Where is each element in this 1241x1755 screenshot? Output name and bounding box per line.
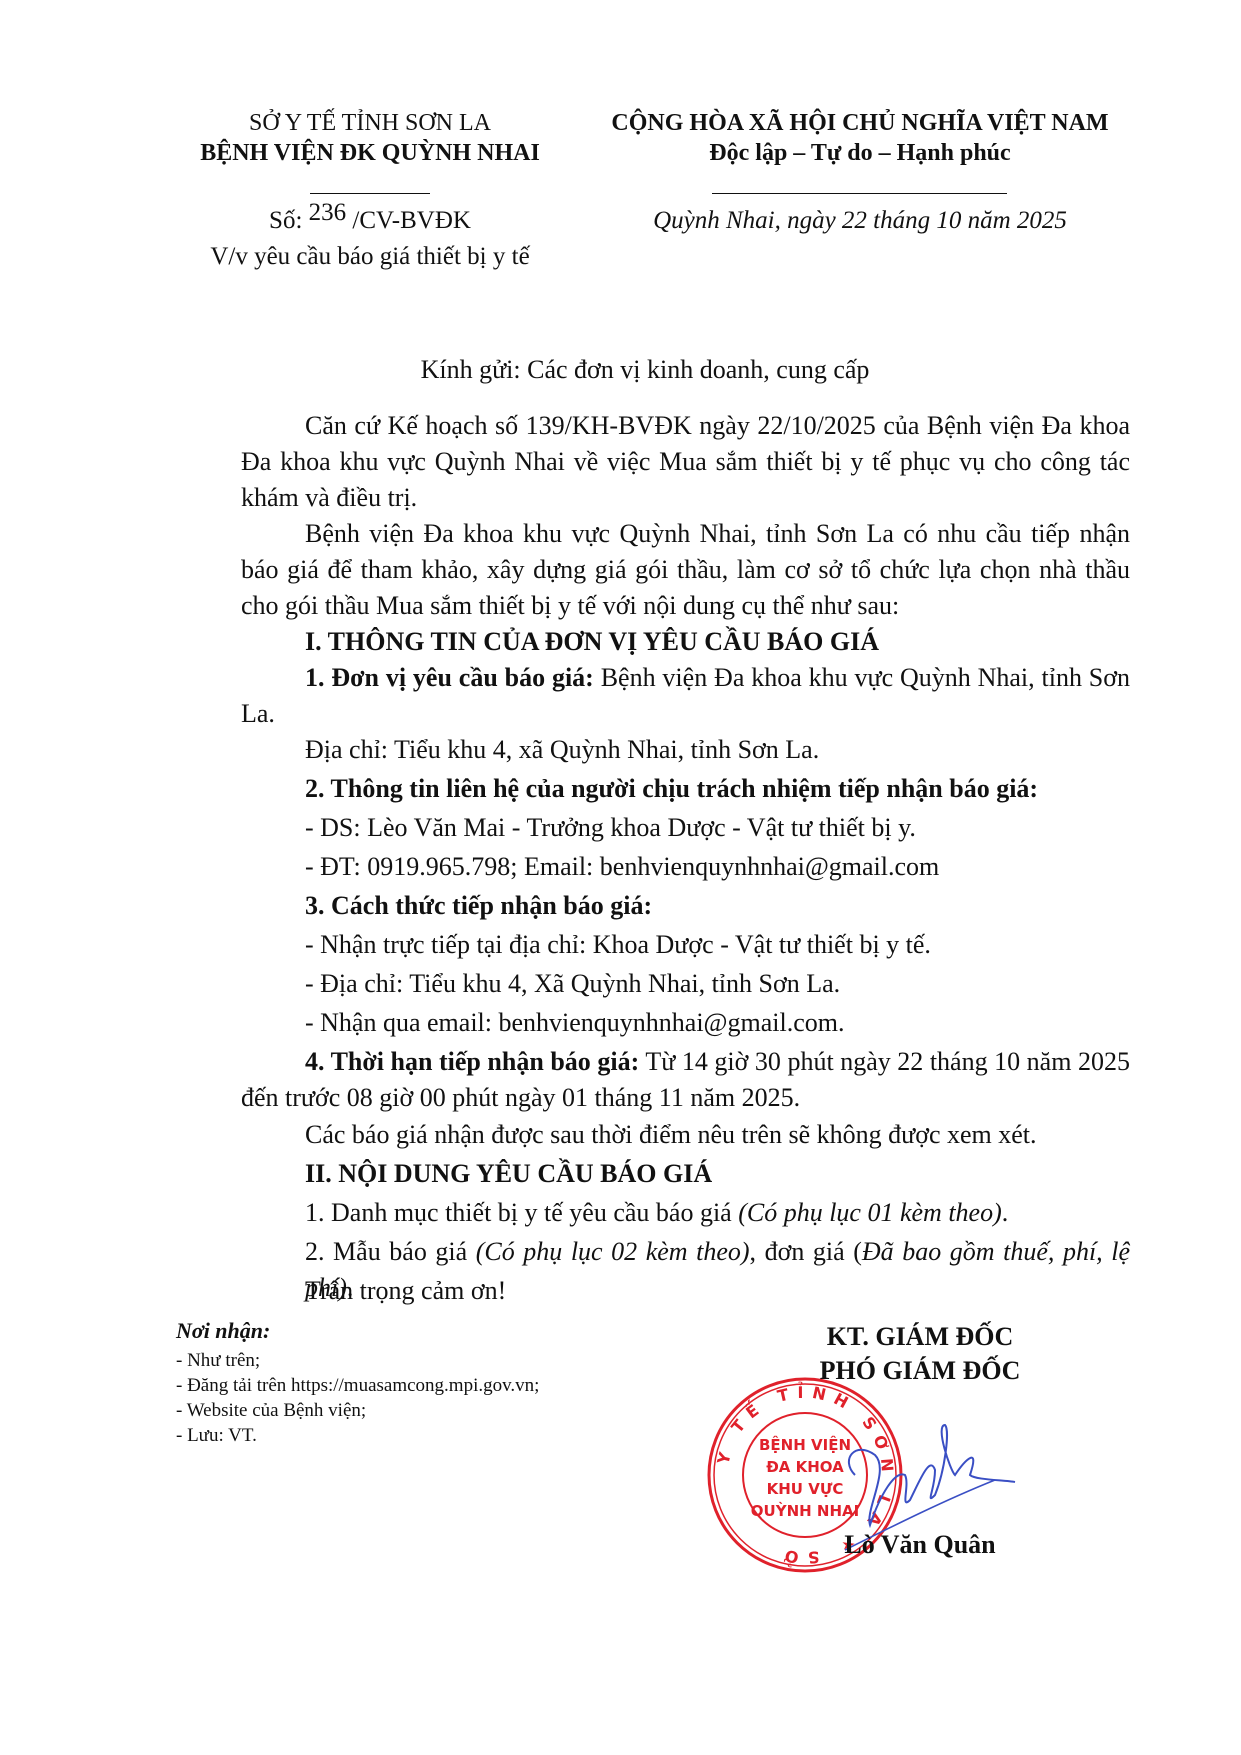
thanks: Trân trọng cảm ơn! (305, 1273, 1130, 1309)
nation-motto: Độc lập – Tự do – Hạnh phúc (590, 140, 1130, 167)
header-left-divider (310, 193, 430, 194)
contact-person: - DS: Lèo Văn Mai - Trưởng khoa Dược - V… (305, 810, 1130, 846)
nation-title: CỘNG HÒA XÃ HỘI CHỦ NGHĨA VIỆT NAM (590, 110, 1130, 137)
intro-paragraph-2: Bệnh viện Đa khoa khu vực Quỳnh Nhai, tỉ… (241, 516, 1130, 624)
receive-email: - Nhận qua email: benhvienquynhnhai@gmai… (305, 1005, 1130, 1041)
signature-title-1: KT. GIÁM ĐỐC (780, 1322, 1060, 1352)
document-number: Số: 236 /CV-BVĐK (160, 207, 580, 235)
section-1-item-4: 4. Thời hạn tiếp nhận báo giá: Từ 14 giờ… (241, 1044, 1130, 1116)
recipients-list: - Như trên; - Đăng tải trên https://muas… (176, 1348, 539, 1448)
svg-text:ĐA KHOA: ĐA KHOA (766, 1458, 844, 1476)
recipient-line: Kính gửi: Các đơn vị kinh doanh, cung cấ… (160, 355, 1130, 385)
recipient-item: - Như trên; (176, 1348, 539, 1373)
section-1-item-1: 1. Đơn vị yêu cầu báo giá: Bệnh viện Đa … (241, 660, 1130, 732)
contact-phone-email: - ĐT: 0919.965.798; Email: benhvienquynh… (305, 849, 1130, 885)
intro-paragraph-1: Căn cứ Kế hoạch số 139/KH-BVĐK ngày 22/1… (241, 408, 1130, 516)
receive-address: - Địa chỉ: Tiểu khu 4, Xã Quỳnh Nhai, tỉ… (305, 966, 1130, 1002)
section-2-title: II. NỘI DUNG YÊU CẦU BÁO GIÁ (305, 1156, 1130, 1192)
section-1-title: I. THÔNG TIN CỦA ĐƠN VỊ YÊU CẦU BÁO GIÁ (305, 624, 1130, 660)
section-1-item-3: 3. Cách thức tiếp nhận báo giá: (305, 888, 1130, 924)
signer-name: Lò Văn Quân (780, 1530, 1060, 1560)
header-right-divider (712, 193, 1007, 194)
place-date: Quỳnh Nhai, ngày 22 tháng 10 năm 2025 (590, 207, 1130, 235)
hospital-name: BỆNH VIỆN ĐK QUỲNH NHAI (160, 140, 580, 167)
receive-direct: - Nhận trực tiếp tại địa chỉ: Khoa Dược … (305, 927, 1130, 963)
section-1-item-2: 2. Thông tin liên hệ của người chịu trác… (305, 771, 1130, 807)
section-2-item-1: 1. Danh mục thiết bị y tế yêu cầu báo gi… (305, 1195, 1130, 1231)
recipient-item: - Lưu: VT. (176, 1423, 539, 1448)
svg-text:KHU VỰC: KHU VỰC (767, 1480, 844, 1498)
document-subject: V/v yêu cầu báo giá thiết bị y tế (160, 243, 580, 271)
agency-name: SỞ Y TẾ TỈNH SƠN LA (160, 110, 580, 137)
section-1-address: Địa chỉ: Tiểu khu 4, xã Quỳnh Nhai, tỉnh… (305, 732, 1130, 768)
late-note: Các báo giá nhận được sau thời điểm nêu … (305, 1117, 1130, 1153)
recipient-item: - Website của Bệnh viện; (176, 1398, 539, 1423)
number-value: 236 (309, 199, 347, 226)
recipients-title: Nơi nhận: (176, 1318, 270, 1344)
recipient-item: - Đăng tải trên https://muasamcong.mpi.g… (176, 1373, 539, 1398)
